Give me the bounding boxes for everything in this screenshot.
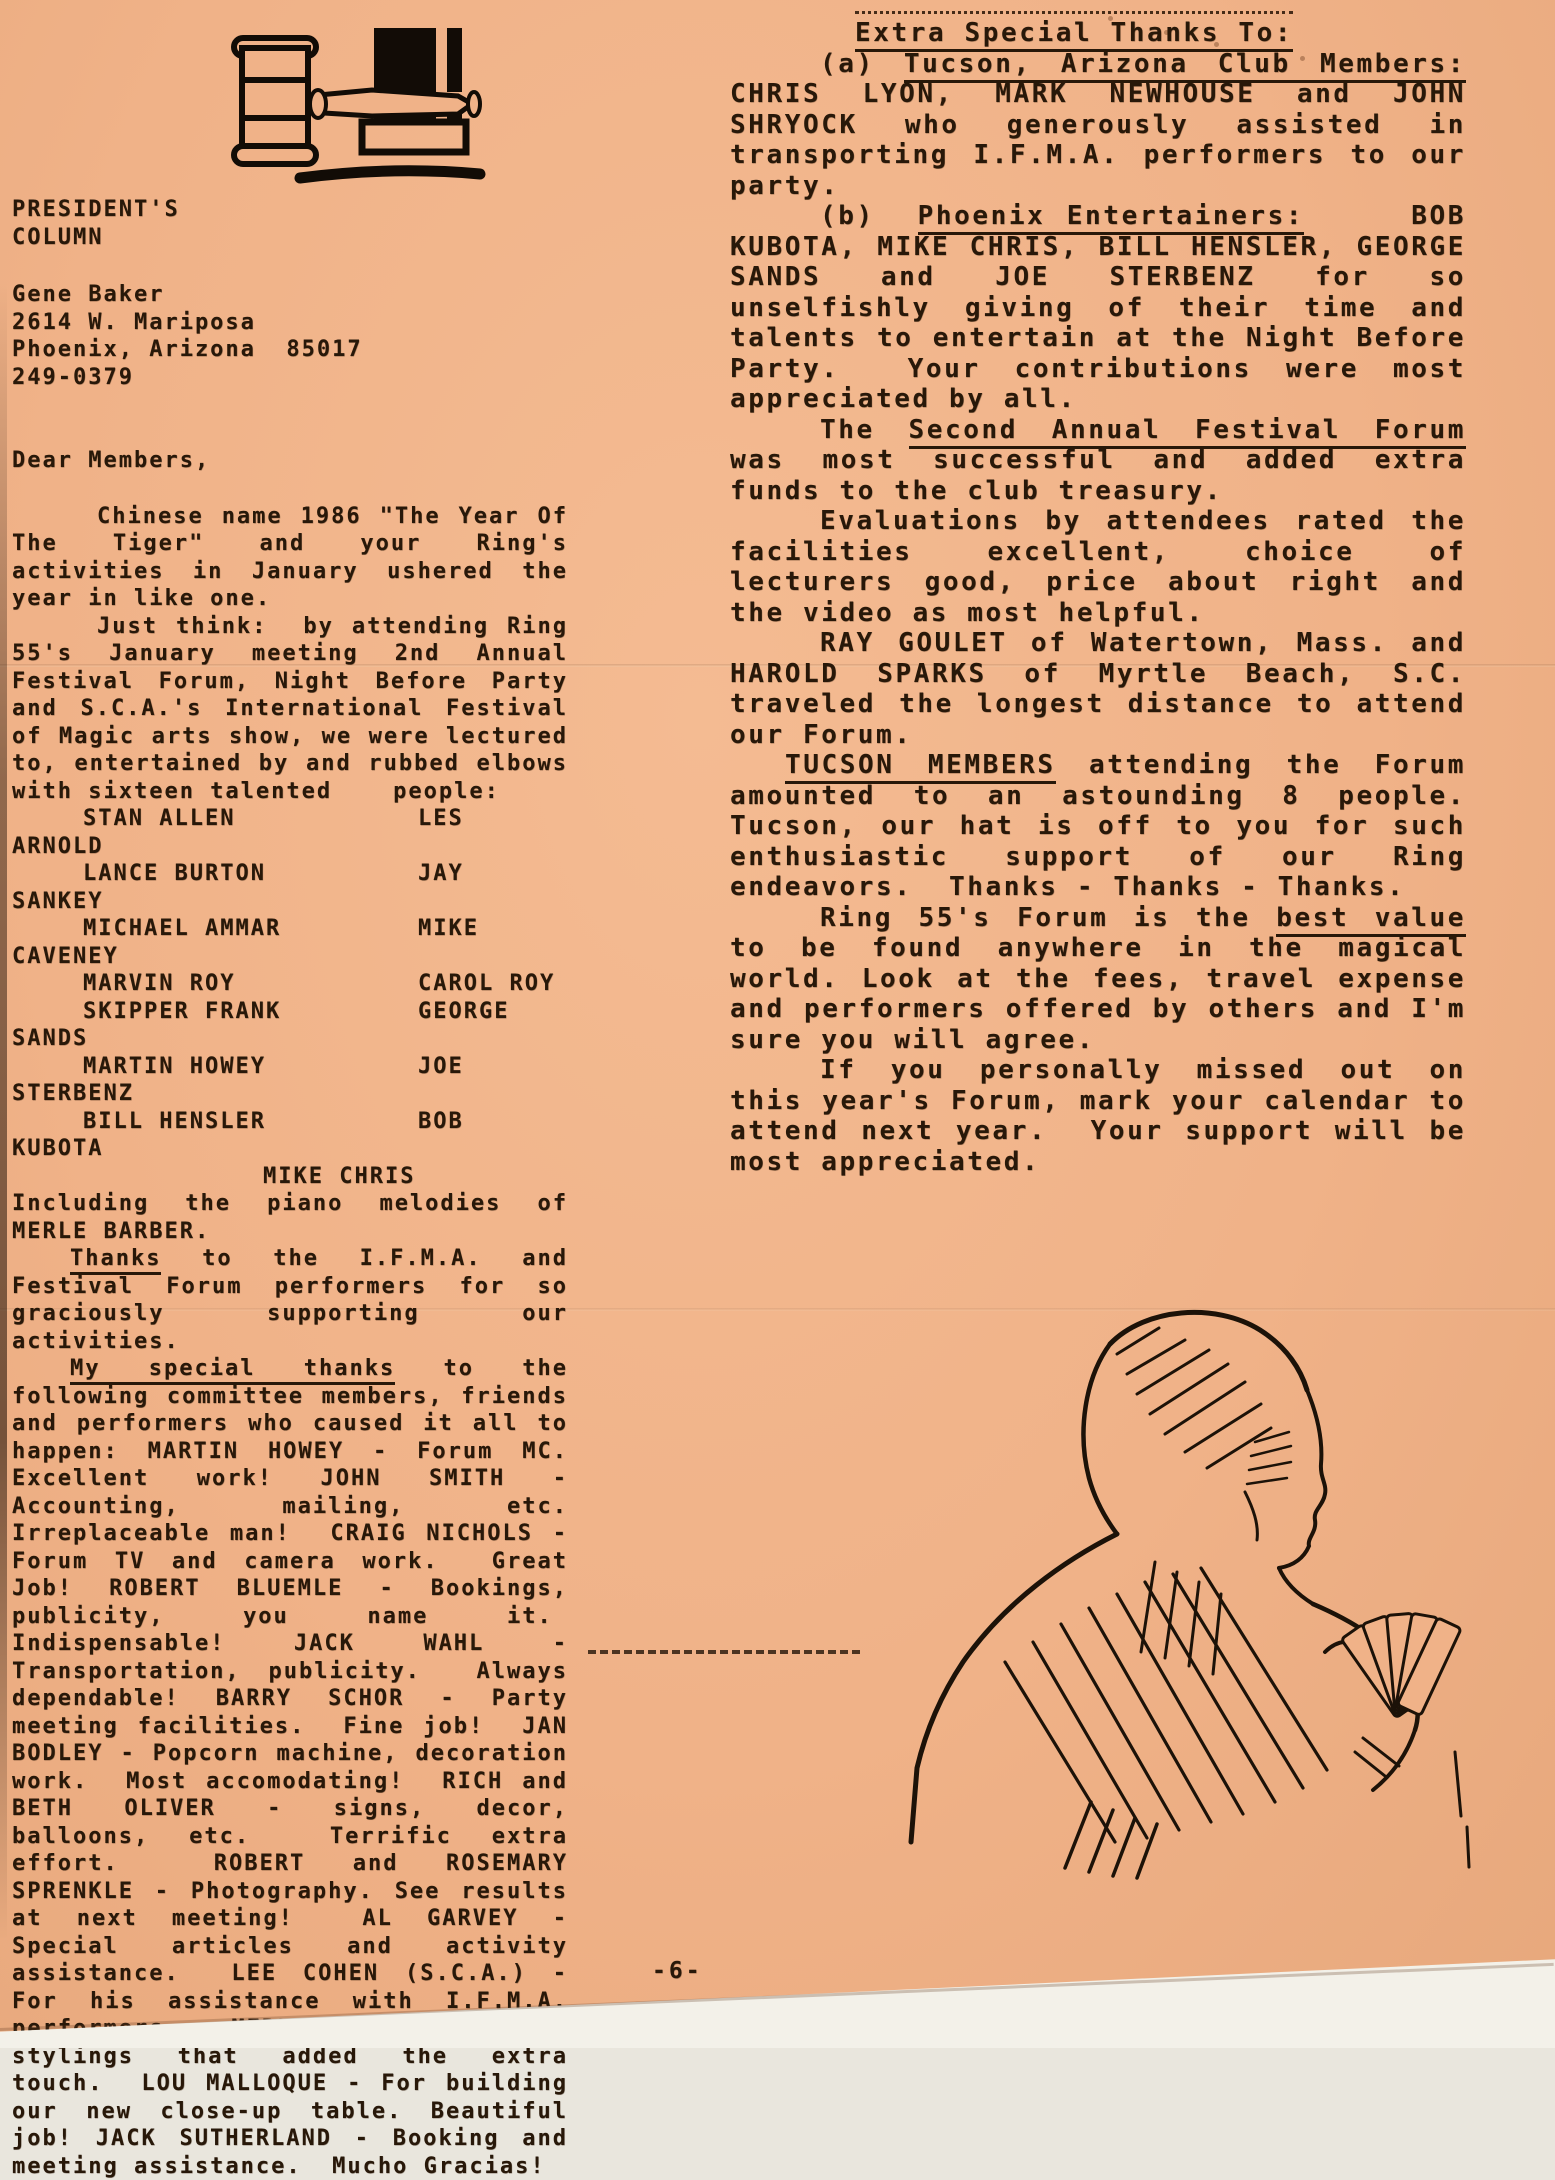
underlined-text: Phoenix Entertainers:	[918, 201, 1305, 235]
underlined-text: TUCSON MEMBERS	[785, 750, 1056, 784]
paragraph-text: BOB KUBOTA, MIKE CHRIS, BILL HENSLER, GE…	[730, 201, 1466, 414]
underlined-text: Thanks	[70, 1246, 161, 1275]
list-item: SKIPPER FRANKGEORGE SANDS	[12, 998, 568, 1053]
performer-name: CAROL ROY	[418, 971, 555, 996]
scan-edge-shadow	[0, 280, 7, 1940]
item-marker: (a)	[820, 49, 904, 79]
performer-name: BILL HENSLER	[83, 1108, 418, 1136]
underlined-text: Tucson, Arizona Club Members:	[904, 49, 1466, 83]
list-item: MICHAEL AMMARMIKE CAVENEY	[12, 915, 568, 970]
author-block: Gene Baker 2614 W. Mariposa Phoenix, Ari…	[12, 281, 568, 391]
author-name: Gene Baker	[12, 281, 568, 309]
list-item: BILL HENSLERBOB KUBOTA	[12, 1108, 568, 1163]
performer-name: MICHAEL AMMAR	[83, 915, 418, 943]
performer-name: MARTIN HOWEY	[83, 1053, 418, 1081]
paragraph-tucson-members: TUCSON MEMBERS attending the Forum amoun…	[730, 750, 1466, 903]
paragraph-text: CHRIS LYON, MARK NEWHOUSE and JOHN SHRYO…	[730, 79, 1466, 201]
list-item: MARTIN HOWEYJOE STERBENZ	[12, 1053, 568, 1108]
underlined-heading-text: Extra Special Thanks To:	[855, 11, 1293, 52]
dashed-mark	[588, 1650, 860, 1654]
paragraph-festival-forum: The Second Annual Festival Forum was mos…	[730, 415, 1466, 507]
performer-name: LANCE BURTON	[83, 860, 418, 888]
paragraph-special-thanks: My special thanks to the following commi…	[12, 1355, 568, 2048]
item-marker: (b)	[820, 201, 918, 231]
paragraph-piano-melodies: Including the piano melodies of MERLE BA…	[12, 1190, 568, 1245]
paragraph-text: If you personally missed out on this yea…	[730, 1055, 1466, 1177]
column-title: PRESIDENT'S COLUMN	[12, 196, 568, 251]
scanned-newsletter-page: PRESIDENT'S COLUMN Gene Baker 2614 W. Ma…	[0, 0, 1555, 2048]
paragraph-thanks: Thanks to the I.F.M.A. and Festival Foru…	[12, 1245, 568, 1355]
right-column: Extra Special Thanks To: (a) Tucson, Ari…	[730, 18, 1466, 1177]
paragraph-text: Evaluations by attendees rated the facil…	[730, 506, 1466, 628]
list-item: MARVIN ROYCAROL ROY	[12, 970, 568, 998]
salutation: Dear Members,	[12, 447, 568, 475]
paragraph-best-value: Ring 55's Forum is the best value to be …	[730, 903, 1466, 1056]
performer-name: MARVIN ROY	[83, 970, 418, 998]
underlined-text: best value	[1276, 903, 1466, 937]
paragraph-item-a: (a) Tucson, Arizona Club Members: CHRIS …	[730, 49, 1466, 202]
column-title-line2: COLUMN	[12, 224, 568, 252]
performer-name-list: STAN ALLENLES ARNOLD LANCE BURTONJAY SAN…	[12, 805, 568, 1190]
paragraph-text: Including the piano melodies of MERLE BA…	[12, 1191, 568, 1244]
gavel-illustration	[222, 20, 494, 192]
magician-sketch-illustration	[855, 1282, 1485, 1882]
paragraph-text: The	[820, 415, 909, 445]
column-title-line1: PRESIDENT'S	[12, 196, 568, 224]
paragraph-text: Just think: by attending Ring 55's Janua…	[12, 614, 568, 804]
performer-name: STAN ALLEN	[83, 805, 418, 833]
underlined-text: Second Annual Festival Forum	[909, 415, 1467, 449]
paragraph-item-b: (b) Phoenix Entertainers: BOB KUBOTA, MI…	[730, 201, 1466, 415]
section-heading: Extra Special Thanks To:	[855, 18, 1466, 49]
paragraph-just-think: Just think: by attending Ring 55's Janua…	[12, 613, 568, 806]
author-city: Phoenix, Arizona 85017	[12, 336, 568, 364]
author-phone: 249-0379	[12, 364, 568, 392]
paragraph-text: to the following committee members, frie…	[12, 1356, 568, 2048]
paragraph-text: Ring 55's Forum is the	[820, 903, 1276, 933]
paragraph-longest-distance: RAY GOULET of Watertown, Mass. and HAROL…	[730, 628, 1466, 750]
page-number: -6-	[652, 1958, 703, 1984]
performer-name: SKIPPER FRANK	[83, 998, 418, 1026]
left-column: PRESIDENT'S COLUMN Gene Baker 2614 W. Ma…	[12, 196, 568, 2048]
list-item: STAN ALLENLES ARNOLD	[12, 805, 568, 860]
paragraph-closing: If you personally missed out on this yea…	[730, 1055, 1466, 1177]
paragraph-year-of-tiger: Chinese name 1986 "The Year Of The Tiger…	[12, 503, 568, 613]
paragraph-text: Chinese name 1986 "The Year Of The Tiger…	[12, 504, 568, 612]
paragraph-text: RAY GOULET of Watertown, Mass. and HAROL…	[730, 628, 1466, 750]
list-item: LANCE BURTONJAY SANKEY	[12, 860, 568, 915]
author-street: 2614 W. Mariposa	[12, 309, 568, 337]
performer-name-centered: MIKE CHRIS	[263, 1163, 568, 1191]
paragraph-text: was most successful and added extra fund…	[730, 445, 1466, 506]
underlined-text: My special thanks	[70, 1356, 395, 1385]
paragraph-text: to be found anywhere in the magical worl…	[730, 933, 1466, 1055]
paragraph-evaluations: Evaluations by attendees rated the facil…	[730, 506, 1466, 628]
